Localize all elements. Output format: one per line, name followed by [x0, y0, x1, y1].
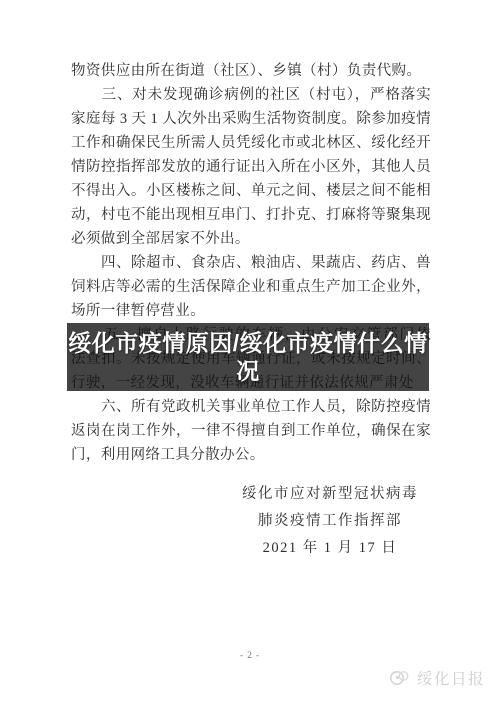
publisher-watermark-label: 绥化日报: [417, 667, 485, 689]
document-line: 物资供应由所在街道（社区）、乡镇（村）负责代购。: [71, 59, 431, 83]
document-line: 不得出入。小区楼栋之间、单元之间、楼层之间不能相互走: [71, 179, 431, 203]
document-line: 场所一律暂停营业。: [71, 299, 431, 323]
document-line: 门，利用网络工具分散办公。: [71, 443, 431, 467]
document-line: 返岗在岗工作外，一律不得擅自到工作单位，确保在家不出: [71, 419, 431, 443]
page-number: - 2 -: [0, 650, 500, 660]
suihua-daily-logo-icon: [388, 668, 412, 688]
publisher-watermark: 绥化日报: [388, 667, 485, 689]
document-line: 四、除超市、食杂店、粮油店、果蔬店、药店、兽药店、: [71, 251, 431, 275]
notice-body: 物资供应由所在街道（社区）、乡镇（村）负责代购。 三、对未发现确诊病例的社区（村…: [71, 59, 431, 467]
signature-line-issuer: 肺炎疫情工作指挥部: [180, 508, 480, 535]
overlay-title-line2: 况: [236, 357, 260, 385]
document-line: 动，村屯不能出现相互串门、打扑克、打麻将等聚集现象，: [71, 203, 431, 227]
document-line: 三、对未发现确诊病例的社区（村屯），严格落实每个: [71, 83, 431, 107]
document-line: 工作和确保民生所需人员凭绥化市或北林区、绥化经开区疫: [71, 131, 431, 155]
signature-line-date: 2021 年 1 月 17 日: [180, 535, 480, 562]
document-page: 物资供应由所在街道（社区）、乡镇（村）负责代购。 三、对未发现确诊病例的社区（村…: [0, 0, 500, 707]
document-line: 情防控指挥部发放的通行证出入所在小区外，其他人员一律: [71, 155, 431, 179]
signature-block: 绥化市应对新型冠状病毒 肺炎疫情工作指挥部 2021 年 1 月 17 日: [180, 481, 480, 562]
document-line: 家庭每 3 天 1 人次外出采购生活物资制度。除参加疫情防控: [71, 107, 431, 131]
document-line: 饲料店等必需的生活保障企业和重点生产加工企业外，其余: [71, 275, 431, 299]
overlay-title-line1: 绥化市疫情原因/绥化市疫情什么情: [68, 329, 427, 357]
document-line: 六、所有党政机关事业单位工作人员，除防控疫情需要: [71, 395, 431, 419]
document-line: 必须做到全部居家不外出。: [71, 227, 431, 251]
signature-line-issuer: 绥化市应对新型冠状病毒: [180, 481, 480, 508]
headline-overlay-banner: 绥化市疫情原因/绥化市疫情什么情 况: [67, 323, 429, 391]
